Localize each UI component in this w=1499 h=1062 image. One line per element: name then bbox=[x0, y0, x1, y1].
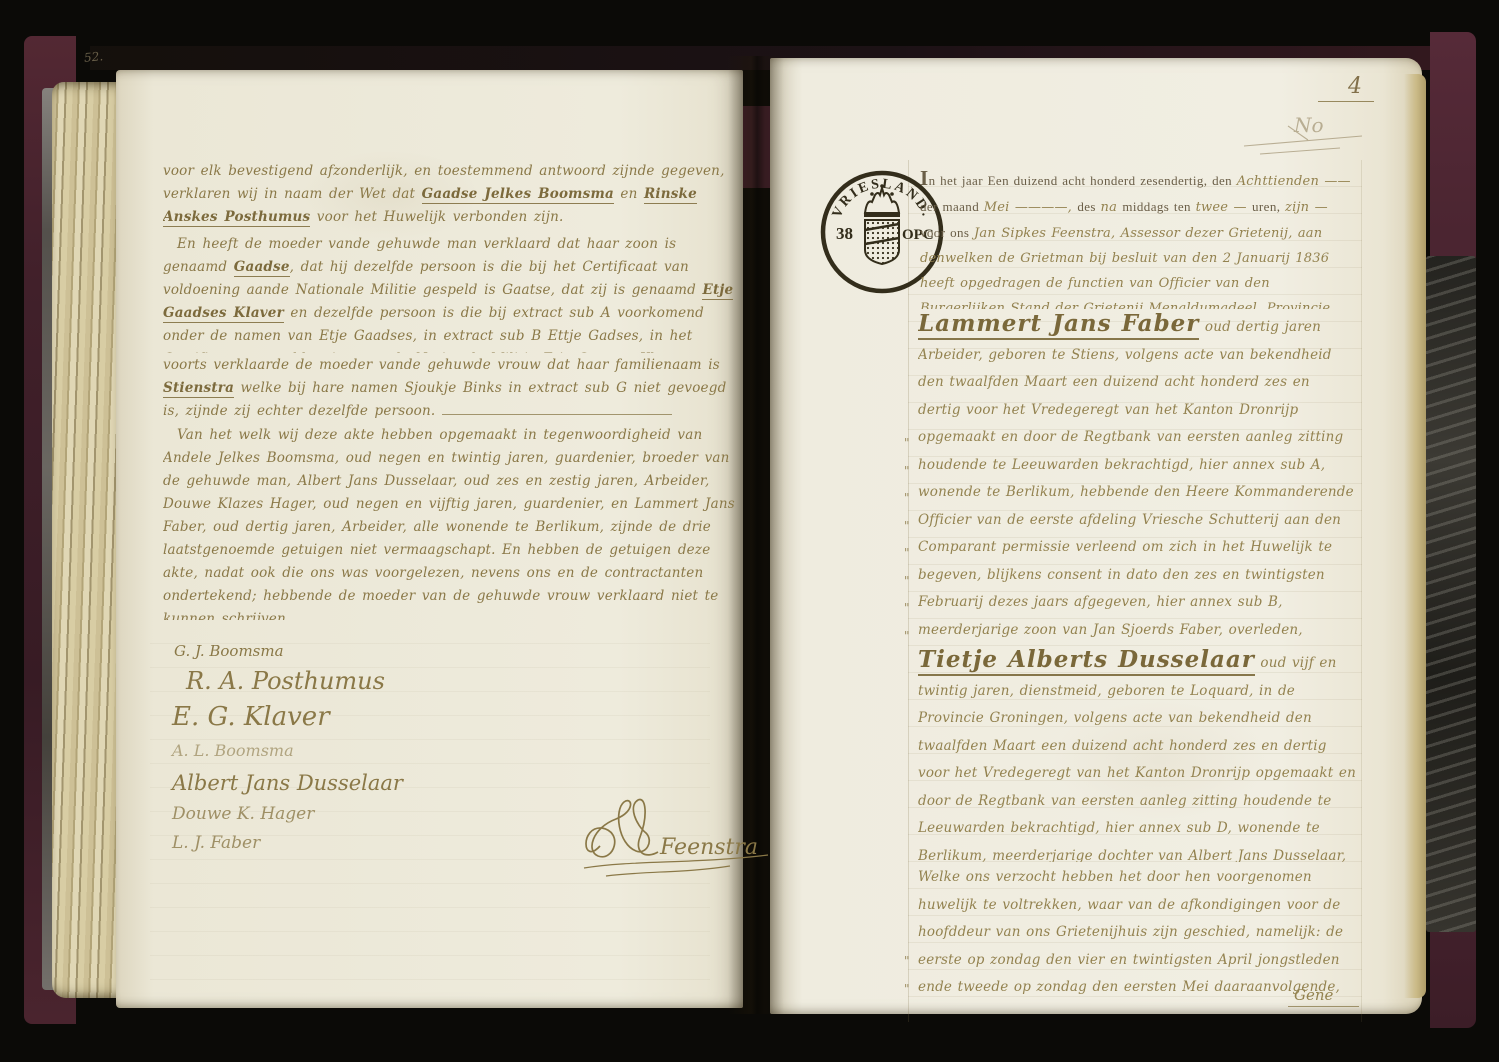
printed-form-text: I bbox=[920, 166, 929, 190]
handwritten-text-segment: Welke ons verzocht hebben het door hen v… bbox=[918, 869, 1343, 996]
act-number-mark: No bbox=[1238, 106, 1368, 168]
handwritten-text-segment: twee — bbox=[1196, 200, 1252, 215]
handwritten-text-segment: na bbox=[1101, 200, 1123, 215]
handwritten-text-segment: oud vijf en twintig jaren, dienstmeid, g… bbox=[918, 655, 1356, 862]
printed-form-text: uren, bbox=[1252, 199, 1285, 214]
document-photo: { "colors": { "background": "#0b0a07", "… bbox=[0, 0, 1499, 1062]
margin-quote-marks: " " bbox=[904, 948, 910, 1003]
act-opening-paragraph: In het jaar Een duizend acht honderd zes… bbox=[920, 166, 1356, 309]
printed-form-text: n het jaar Een duizend acht honderd zese… bbox=[929, 173, 1237, 188]
printed-form-text: des bbox=[1077, 199, 1100, 214]
party-name-heading: Tietje Alberts Dusselaar bbox=[918, 648, 1255, 676]
handwritten-text-segment: zijn — bbox=[1285, 200, 1328, 215]
underlined-name: Stienstra bbox=[163, 380, 234, 398]
printed-form-text: middags ten bbox=[1122, 199, 1195, 214]
page-edge-stack bbox=[52, 82, 124, 998]
left-paragraph-mother-groom-statement: En heeft de moeder vande gehuwde man ver… bbox=[163, 233, 743, 353]
banns-closing-paragraph: Welke ons verzocht hebben het door hen v… bbox=[918, 864, 1356, 996]
signature: Douwe K. Hager bbox=[172, 804, 492, 824]
handwritten-text-segment: Mei ————, bbox=[984, 200, 1078, 215]
handwritten-text-segment: Van het welk wij deze akte hebben opgema… bbox=[163, 427, 735, 620]
left-paragraph-witnesses: Van het welk wij deze akte hebben opgema… bbox=[163, 424, 743, 620]
handwritten-text-segment: en bbox=[614, 186, 644, 202]
left-paragraph-mother-bride-statement: voorts verklaarde de moeder vande gehuwd… bbox=[163, 354, 743, 424]
catchword: Gene bbox=[1288, 986, 1359, 1007]
stamp-shield-icon bbox=[865, 220, 899, 264]
stamp-left-number: 38 bbox=[836, 224, 853, 243]
underlined-name: Gaadse Jelkes Boomsma bbox=[422, 186, 614, 204]
signature: Albert Jans Dusselaar bbox=[172, 771, 492, 795]
signature: G. J. Boomsma bbox=[174, 642, 492, 660]
page-number: 4 bbox=[1318, 74, 1374, 102]
left-paragraph-marriage-declaration: voor elk bevestigend afzonderlijk, en to… bbox=[163, 160, 743, 233]
handwritten-text-segment: voor het Huwelijk verbonden zijn. bbox=[310, 209, 563, 225]
officiant-signature: Feenstra bbox=[572, 788, 782, 887]
signature-flourish bbox=[586, 799, 658, 856]
party-name-heading: Lammert Jans Faber bbox=[918, 312, 1199, 340]
printed-form-text: voor ons bbox=[920, 225, 974, 240]
handwritten-text-segment: voorts verklaarde de moeder vande gehuwd… bbox=[163, 357, 720, 373]
signature: R. A. Posthumus bbox=[186, 667, 492, 695]
edge-sheet-number: 52. bbox=[83, 49, 103, 65]
groom-entry-paragraph: Lammert Jans Faber oud dertig jaren Arbe… bbox=[918, 312, 1356, 646]
signature: E. G. Klaver bbox=[172, 702, 492, 732]
margin-quote-marks: " " " " " " " " bbox=[904, 430, 910, 650]
signature-list: G. J. Boomsma R. A. Posthumus E. G. Klav… bbox=[172, 642, 492, 853]
printed-form-text: der maand bbox=[920, 199, 984, 214]
book-cover-marbling bbox=[1426, 256, 1476, 932]
bride-entry-paragraph: Tietje Alberts Dusselaar oud vijf en twi… bbox=[918, 648, 1356, 862]
filler-line bbox=[442, 404, 672, 415]
underlined-name: Gaadse bbox=[234, 259, 290, 277]
act-number-text: No bbox=[1293, 113, 1324, 137]
signature: L. J. Faber bbox=[172, 833, 492, 853]
handwritten-text-segment: Achttienden —— bbox=[1237, 174, 1351, 189]
signature: A. L. Boomsma bbox=[172, 741, 492, 760]
handwritten-text-segment: Jan Sipkes Feenstra, Assessor dezer Grie… bbox=[920, 226, 1330, 309]
handwritten-text-segment: oud dertig jaren Arbeider, geboren te St… bbox=[918, 319, 1354, 646]
right-page-worn-edge bbox=[1404, 74, 1426, 998]
filler-line bbox=[297, 612, 387, 620]
officiant-signature-text: Feenstra bbox=[659, 835, 758, 860]
